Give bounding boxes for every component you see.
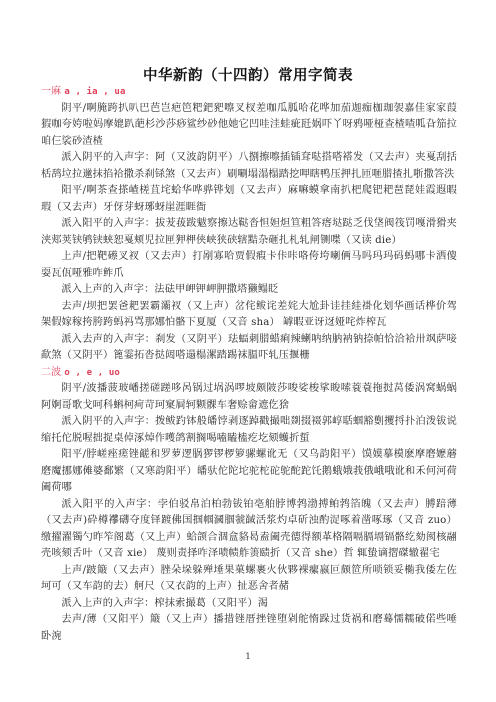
section-heading-pinyin: a , ia , ua xyxy=(64,87,125,97)
paragraph-yinping: 阴平/波播菠玻嶓搓磋蹉哆呙锅过埚涡啰坡颇陂莎唆娑梭挲睃嗦蓑蓑拖挝莴倭涡窝蜗蜗阿婀… xyxy=(41,381,457,414)
page-number: 1 xyxy=(0,652,496,661)
page-title: 中华新韵（十四韵）常用字简表 xyxy=(0,64,496,85)
paragraph-qusheng: 去声/坝把罢爸耙罢霸灞衩（又上声）岔侘鲅诧差姹大尬卦诖挂絓褂化划华画话桦价驾架假… xyxy=(41,299,457,332)
paragraph-rusheng-yangping: 派入阳平的入声字：拔茇菝跋魃察擦达鞑沓怛妲炟笪粗答瘩垯跶乏伐垡阀筏罚嘎滑猾夹浃郏… xyxy=(41,216,457,249)
section-ma: 一麻a , ia , ua 阴平/啊腌跨扒叭巴芭岂疤笆粑鈀豝嚓叉杈差咖瓜胍哈花哗… xyxy=(41,84,457,365)
paragraph-rusheng-shangsheng: 派入上声的入声字：榨抹索撮葛（又阳平）渴 xyxy=(41,596,457,613)
section-heading-pinyin: o , e , uo xyxy=(64,368,120,378)
section-heading: 一麻a , ia , ua xyxy=(41,84,457,101)
paragraph-shangsheng: 上声/跛簸（又去声）脞朵垛躲殚埵果菓螺裹火伙夥裸瘰嬴叵颇笸所唢锁妥椭我倭左佐坷可… xyxy=(41,563,457,596)
document-page: 中华新韵（十四韵）常用字简表 一麻a , ia , ua 阴平/啊腌跨扒叭巴芭岂… xyxy=(0,0,496,702)
section-heading: 二波o , e , uo xyxy=(41,365,457,382)
section-bo: 二波o , e , uo 阴平/波播菠玻嶓搓磋蹉哆呙锅过埚涡啰坡颇陂莎唆娑梭挲睃… xyxy=(41,365,457,646)
section-heading-label: 二波 xyxy=(41,367,61,378)
paragraph-rusheng-yangping: 派入阳平的入声字：孛伯驳帛泊柏勃钹铂亳舶脖博鹁渤搏鲌鹁箔魄（又去声）膊踣薄（又去… xyxy=(41,497,457,563)
paragraph-rusheng-shangsheng: 派入上声的入声字：法砝甲岬钾岬胛撒塔獭鳎眨 xyxy=(41,282,457,299)
document-body: 一麻a , ia , ua 阴平/啊腌跨扒叭巴芭岂疤笆粑鈀豝嚓叉杈差咖瓜胍哈花哗… xyxy=(41,84,457,645)
paragraph-rusheng-qusheng: 派入去声的入声字：刹发（又阴平）珐蝠刺腊蜡痢辣蝲呐纳肭衲钠捺帕恰洽袷卅飒萨唼歃煞… xyxy=(41,332,457,365)
paragraph-rusheng-yinping: 派入阴平的入声字：阿（又波韵阴平）八捌擦嚓插锸耷哒搭嗒褡发（又去声）夹戛刮括栝鸹… xyxy=(41,150,457,183)
paragraph-yangping: 阳平/啊茶查搽嵖槎苴垞蛤华哗骅铧划（又去声）麻嘛蟆拿南扒杷爬钯耙琶琵娃霞遐暇瑕（… xyxy=(41,183,457,216)
section-heading-label: 一麻 xyxy=(41,86,61,97)
paragraph-qusheng: 去声/薄（又阳平）簸（又上声）播措锉厝挫锉堕剁舵惰跺过货祸和磨蓦懦糯破偌些唾卧涴 xyxy=(41,612,457,645)
paragraph-yangping: 阳平/脖嵯痤瘥锉鹾和罗萝逻脶猡锣椤箩骡螺讹无（又乌韵阳平）馍嫫摹模麽摩磨嬷蘑磨魔… xyxy=(41,447,457,497)
paragraph-shangsheng: 上声/把靶礤叉衩（又去声）打剐寡哈贾假瘕卡佧咔咯侉垮喇俩马吗玛玛码蚂哪卡洒傻耍瓦… xyxy=(41,249,457,282)
paragraph-rusheng-yinping: 派入阴平的入声字：拨鲅趵钵般皤饽剥逐踔戳撮咄剟掇裰郭崞聒蝈豁劐攫捋扑泊泼钹说缩托… xyxy=(41,414,457,447)
paragraph-yinping: 阴平/啊腌跨扒叭巴芭岂疤笆粑鈀豝嚓叉杈差咖瓜胍哈花哗加茄迦痂枷珈袈嘉佳家家葭猳咖… xyxy=(41,101,457,151)
